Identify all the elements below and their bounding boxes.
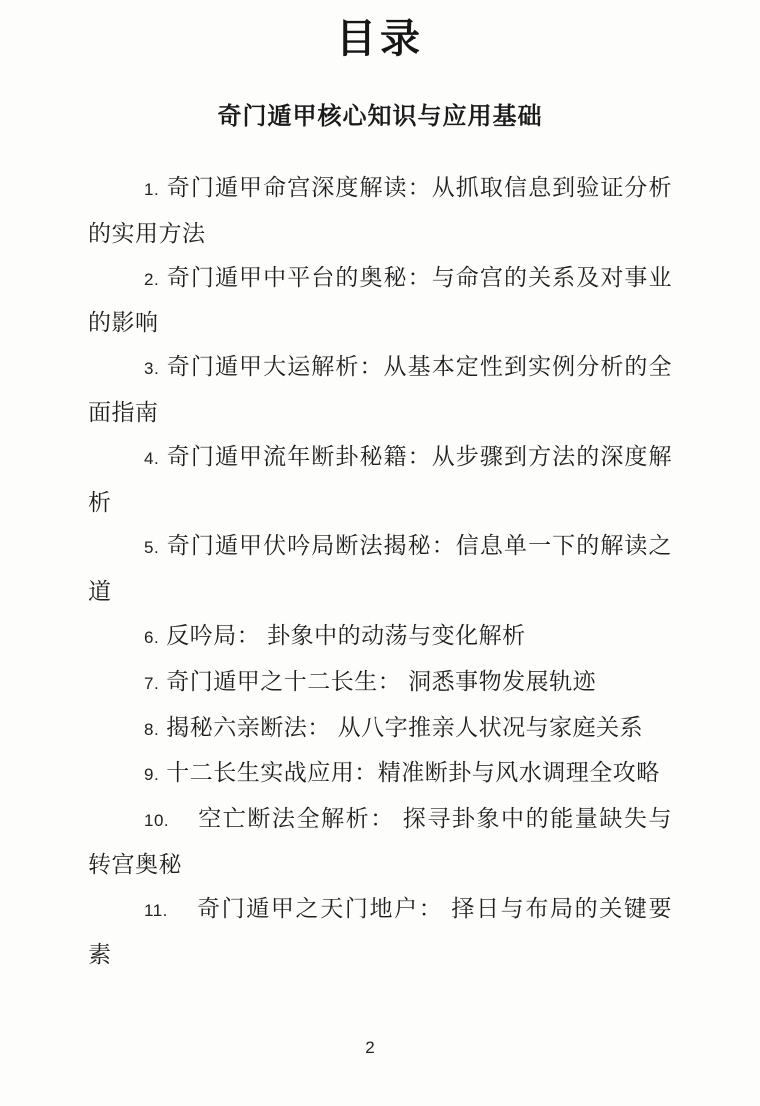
toc-item-number: 9.	[144, 765, 159, 784]
toc-item-10: 10.空亡断法全解析： 探寻卦象中的能量缺失与转宫奥秘	[88, 797, 672, 887]
toc-item-text: 奇门遁甲伏吟局断法揭秘：信息单一下的解读之道	[88, 532, 672, 604]
toc-item-text: 奇门遁甲中平台的奥秘：与命宫的关系及对事业的影响	[88, 264, 672, 336]
toc-item-text: 奇门遁甲命宫深度解读：从抓取信息到验证分析的实用方法	[88, 174, 672, 246]
section-heading: 奇门遁甲核心知识与应用基础	[0, 102, 760, 132]
toc-item-2: 2.奇门遁甲中平台的奥秘：与命宫的关系及对事业的影响	[88, 256, 672, 346]
toc-item-9: 9.十二长生实战应用：精准断卦与风水调理全攻略	[88, 751, 672, 797]
toc-item-text: 空亡断法全解析： 探寻卦象中的能量缺失与转宫奥秘	[88, 805, 672, 877]
toc-item-3: 3.奇门遁甲大运解析：从基本定性到实例分析的全面指南	[88, 345, 672, 435]
toc-item-number: 5.	[144, 538, 159, 557]
toc-item-6: 6.反吟局： 卦象中的动荡与变化解析	[88, 614, 672, 660]
toc-item-7: 7.奇门遁甲之十二长生： 洞悉事物发展轨迹	[88, 660, 672, 706]
toc-item-text: 奇门遁甲流年断卦秘籍：从步骤到方法的深度解析	[88, 443, 672, 515]
toc-item-number: 1.	[144, 180, 159, 199]
toc-list: 1.奇门遁甲命宫深度解读：从抓取信息到验证分析的实用方法 2.奇门遁甲中平台的奥…	[88, 166, 672, 976]
toc-item-1: 1.奇门遁甲命宫深度解读：从抓取信息到验证分析的实用方法	[88, 166, 672, 256]
toc-item-text: 反吟局： 卦象中的动荡与变化解析	[166, 622, 525, 648]
toc-item-text: 揭秘六亲断法： 从八字推亲人状况与家庭关系	[166, 714, 643, 740]
page-number: 2	[0, 1038, 740, 1058]
toc-page: 目录 奇门遁甲核心知识与应用基础 1.奇门遁甲命宫深度解读：从抓取信息到验证分析…	[0, 0, 760, 1106]
toc-item-number: 11.	[144, 901, 168, 920]
toc-item-number: 3.	[144, 359, 159, 378]
toc-item-number: 2.	[144, 270, 159, 289]
toc-item-text: 奇门遁甲之天门地户： 择日与布局的关键要素	[88, 895, 672, 967]
toc-item-text: 十二长生实战应用：精准断卦与风水调理全攻略	[166, 759, 660, 785]
toc-item-text: 奇门遁甲之十二长生： 洞悉事物发展轨迹	[166, 668, 596, 694]
toc-item-8: 8.揭秘六亲断法： 从八字推亲人状况与家庭关系	[88, 706, 672, 752]
toc-item-text: 奇门遁甲大运解析：从基本定性到实例分析的全面指南	[88, 353, 672, 425]
toc-item-4: 4.奇门遁甲流年断卦秘籍：从步骤到方法的深度解析	[88, 435, 672, 525]
toc-item-number: 10.	[144, 811, 169, 830]
toc-item-number: 7.	[144, 674, 159, 693]
toc-item-11: 11.奇门遁甲之天门地户： 择日与布局的关键要素	[88, 887, 672, 977]
toc-item-5: 5.奇门遁甲伏吟局断法揭秘：信息单一下的解读之道	[88, 524, 672, 614]
toc-item-number: 4.	[144, 449, 159, 468]
page-title: 目录	[0, 0, 760, 62]
toc-item-number: 8.	[144, 720, 159, 739]
toc-item-number: 6.	[144, 628, 159, 647]
